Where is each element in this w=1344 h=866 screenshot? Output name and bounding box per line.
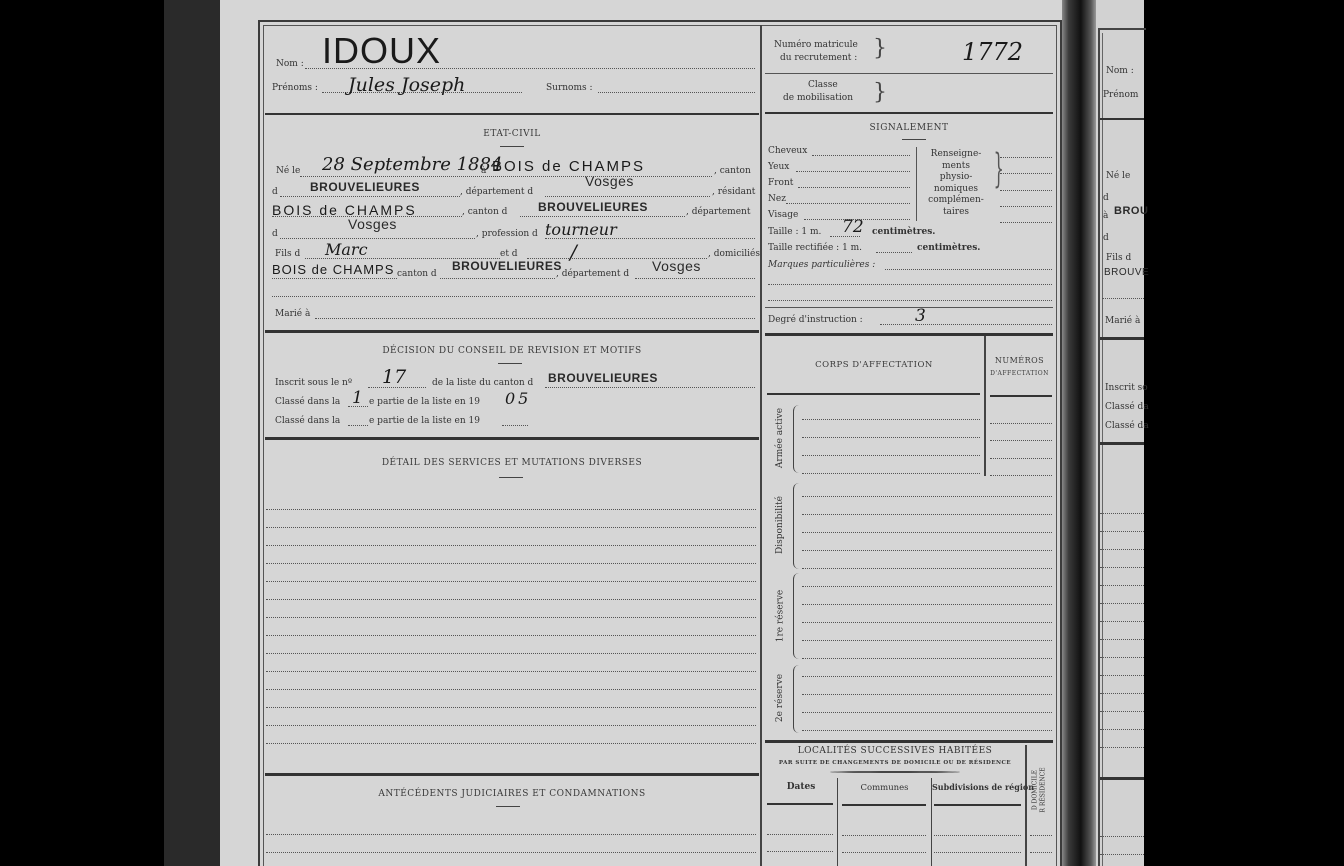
ruled-line: [266, 852, 756, 853]
localite-line: [1030, 852, 1052, 853]
ruled-line: [1100, 836, 1144, 837]
np-classe-label-2: Classé da: [1105, 421, 1149, 431]
prenoms-label: Prénoms :: [272, 83, 318, 93]
numero-line: [990, 423, 1052, 424]
divider: [1100, 442, 1144, 445]
ruled-line: [1100, 693, 1144, 694]
divider: [765, 740, 1053, 743]
departement-label: , département d: [460, 187, 533, 197]
departement-label-2: , département: [686, 207, 750, 217]
np-stamp-2: BROUVE: [1104, 267, 1149, 278]
title-underline: [498, 363, 522, 364]
services-lines: [266, 509, 756, 761]
localite-line: [767, 834, 833, 835]
ruled-line: [1100, 747, 1144, 748]
divider: [265, 113, 759, 115]
numero-line: [990, 458, 1052, 459]
marques-label: Marques particulières :: [768, 260, 875, 270]
ruled-line: [266, 527, 756, 528]
localite-line: [934, 835, 1021, 836]
affectation-line: [802, 437, 980, 438]
field-cheveux: Cheveux: [768, 146, 807, 156]
marques-line: [768, 284, 1052, 285]
numero-line: [990, 440, 1052, 441]
ruled-line: [266, 707, 756, 708]
np-d-label-2: d: [1103, 233, 1109, 243]
brace-icon: [793, 573, 800, 659]
matricule-label-2: du recrutement :: [780, 53, 857, 63]
affectation-line: [802, 622, 1052, 623]
birth-date: 28 Septembre 1884: [322, 154, 502, 175]
ruled-line: [1100, 854, 1144, 855]
ruled-line: [266, 834, 756, 835]
affectation-line: [802, 640, 1052, 641]
profession-label: , profession d: [476, 229, 538, 239]
inscrit-value: 17: [382, 366, 406, 388]
ruled-line: [266, 581, 756, 582]
surnoms-line: [598, 92, 755, 93]
affectation-line: [802, 473, 980, 474]
taille-label: Taille : 1 m.: [768, 227, 821, 237]
localite-line: [1030, 835, 1052, 836]
renseignements-line: [1000, 206, 1052, 207]
affectation-line: [802, 694, 1052, 695]
divider: [265, 330, 759, 333]
canton-d-label: , canton d: [462, 207, 507, 217]
np-ne-le-label: Né le: [1106, 171, 1130, 181]
affectation-line: [802, 712, 1052, 713]
profession-value: tourneur: [545, 220, 617, 239]
vertical-divider: [916, 147, 917, 221]
ruled-line: [266, 671, 756, 672]
brace-icon: }: [873, 80, 887, 105]
marie-label: Marié à: [275, 309, 310, 319]
matricule-label-1: Numéro matricule: [774, 40, 858, 50]
ruled-line: [1100, 675, 1144, 676]
fils-label: Fils d: [275, 249, 300, 259]
localite-line: [842, 835, 926, 836]
marques-line: [885, 269, 1052, 270]
ruled-line: [1100, 657, 1144, 658]
brace-icon: [793, 483, 800, 569]
divider: [1100, 777, 1144, 780]
affectation-line: [802, 514, 1052, 515]
title-underline: [496, 806, 520, 807]
classe1-suffix: e partie de la liste en 19: [369, 397, 480, 407]
localites-title: LOCALITÉS SUCCESSIVES HABITÉES: [765, 746, 1025, 756]
divider: [767, 803, 833, 805]
degre-line: [880, 324, 1052, 325]
group-label: Armée active: [775, 408, 785, 468]
matricule-value: 1772: [962, 38, 1023, 66]
departement-line: [545, 196, 710, 197]
et-label: et d: [500, 249, 518, 259]
parents-departement-line: [635, 278, 755, 279]
mother-name: /: [570, 240, 577, 264]
group-2e-reserve: 2e réserve: [750, 662, 810, 734]
ne-le-label: Né le: [276, 166, 300, 176]
nom-value: IDOUX: [322, 30, 441, 72]
liste-canton-line: [545, 387, 755, 388]
localite-line: [934, 852, 1021, 853]
affectation-line: [802, 604, 1052, 605]
ruled-line: [266, 599, 756, 600]
ruled-line: [1100, 513, 1144, 514]
divider: [765, 307, 1053, 308]
ornament: [830, 771, 960, 773]
np-a-label: à: [1103, 211, 1108, 221]
parents-residence: BOIS de CHAMPS: [272, 262, 394, 277]
ruled-line: [1102, 298, 1144, 299]
corps-header: CORPS D'AFFECTATION: [765, 360, 983, 370]
affectation-line: [802, 730, 1052, 731]
prenoms-value: Jules Joseph: [348, 74, 465, 96]
ruled-line: [1100, 729, 1144, 730]
classe2-suffix: e partie de la liste en 19: [369, 416, 480, 426]
classe2-partie-line: [348, 425, 368, 426]
classe2-label: Classé dans la: [275, 416, 340, 426]
affectation-line: [802, 568, 1052, 569]
numeros-header-2: D'AFFECTATION: [986, 370, 1053, 377]
field-front: Front: [768, 178, 793, 188]
birth-departement: Vosges: [585, 173, 634, 189]
liste-canton-label: de la liste du canton d: [432, 378, 533, 388]
services-title: DÉTAIL DES SERVICES ET MUTATIONS DIVERSE…: [265, 458, 759, 468]
col-communes: Communes: [838, 783, 931, 793]
nez-line: [786, 203, 910, 204]
ruled-line: [1100, 585, 1144, 586]
brace-icon: [793, 665, 800, 733]
field-visage: Visage: [768, 210, 798, 220]
divider: [265, 437, 759, 440]
book-cover-left: [164, 0, 220, 866]
canton-line: [280, 196, 460, 197]
classe2-year-line: [502, 425, 528, 426]
decision-title: DÉCISION DU CONSEIL DE REVISION ET MOTIF…: [265, 346, 759, 356]
divider: [1100, 118, 1144, 120]
cheveux-line: [812, 155, 910, 156]
father-name: Marc: [325, 240, 368, 259]
d-label: d: [272, 187, 278, 197]
divider: [1100, 337, 1144, 340]
nom-label: Nom :: [276, 59, 304, 69]
ruled-line: [1100, 549, 1144, 550]
ruled-line: [266, 653, 756, 654]
parents-departement: Vosges: [652, 258, 701, 274]
parents-residence-line: [272, 278, 397, 279]
np-ruled-lines: [1100, 513, 1144, 765]
field-yeux: Yeux: [768, 162, 789, 172]
affectation-line: [802, 550, 1052, 551]
renseignements-label: Renseigne- ments physio- nomiques complé…: [918, 149, 994, 218]
renseignements-line: [1000, 173, 1052, 174]
ruled-line: [266, 545, 756, 546]
ruled-line: [1100, 603, 1144, 604]
affectation-line: [802, 532, 1052, 533]
classe-label-1: Classe: [808, 80, 838, 90]
np-classe-label-1: Classé da: [1105, 402, 1149, 412]
signalement-title: SIGNALEMENT: [765, 123, 1053, 133]
classe1-partie: 1: [352, 388, 363, 408]
np-nom-label: Nom :: [1106, 66, 1134, 76]
ruled-line: [1100, 711, 1144, 712]
affectation-line: [802, 586, 1052, 587]
ruled-line: [266, 563, 756, 564]
np-stamp-1: BROU: [1114, 205, 1148, 217]
ruled-line: [266, 725, 756, 726]
taille-rectifiee-unit: centimètres.: [917, 243, 980, 253]
residence-canton-line: [520, 216, 685, 217]
domicilies-label: , domiciliés: [708, 249, 760, 259]
ruled-line: [1100, 621, 1144, 622]
title-underline: [499, 477, 523, 478]
taille-unit: centimètres.: [872, 227, 935, 237]
taille-rectifiee-line: [876, 252, 912, 253]
group-label: 2e réserve: [775, 674, 785, 722]
numeros-header-1: NUMÉROS: [986, 356, 1053, 365]
group-1re-reserve: 1re réserve: [750, 573, 810, 659]
localite-line: [842, 852, 926, 853]
liste-canton-value: BROUVELIEURES: [548, 371, 658, 385]
brace-icon: [793, 405, 800, 473]
field-nez: Nez: [768, 194, 786, 204]
residence-label: R RÉSIDENCE: [1040, 767, 1048, 812]
affectation-line: [802, 455, 980, 456]
affectation-line: [802, 658, 1052, 659]
divider: [842, 804, 926, 806]
divider: [767, 393, 980, 395]
surnoms-label: Surnoms :: [546, 83, 593, 93]
localite-line: [767, 851, 833, 852]
canton-label: , canton: [714, 166, 751, 176]
parents-canton-label: canton d: [397, 269, 437, 279]
divider: [765, 73, 1053, 74]
blank-line: [272, 296, 755, 297]
ruled-line: [266, 509, 756, 510]
ruled-line: [266, 617, 756, 618]
np-fils-label: Fils d: [1106, 253, 1131, 263]
title-underline: [902, 139, 926, 140]
ruled-line: [266, 689, 756, 690]
inscrit-label: Inscrit sous le nº: [275, 378, 352, 388]
reserve-lines: [802, 496, 1052, 748]
book-gutter: [1062, 0, 1096, 866]
renseignements-line: [1000, 222, 1052, 223]
ruled-line: [1100, 639, 1144, 640]
np-prenom-label: Prénom: [1103, 90, 1138, 100]
marques-line: [768, 300, 1052, 301]
birth-canton: BROUVELIEURES: [310, 180, 420, 194]
residence-departement: Vosges: [348, 216, 397, 232]
parents-departement-label: , département d: [556, 269, 629, 279]
parents-canton: BROUVELIEURES: [452, 259, 562, 273]
residant-label: , résidant: [712, 187, 755, 197]
residence-canton: BROUVELIEURES: [538, 200, 648, 214]
ruled-line: [1100, 567, 1144, 568]
ruled-line: [1100, 531, 1144, 532]
antecedents-title: ANTÉCÉDENTS JUDICIAIRES ET CONDAMNATIONS: [265, 789, 759, 799]
group-label: 1re réserve: [775, 590, 785, 643]
col-dates: Dates: [765, 782, 837, 792]
divider: [934, 804, 1021, 806]
title-underline: [500, 146, 524, 147]
affectation-line: [802, 496, 1052, 497]
taille-rectifiee-label: Taille rectifiée : 1 m.: [768, 243, 862, 253]
localites-subtitle: PAR SUITE DE CHANGEMENTS DE DOMICILE OU …: [762, 760, 1028, 766]
taille-value: 72: [842, 217, 864, 237]
divider: [265, 773, 759, 776]
group-armee-active: Armée active: [750, 400, 810, 476]
degre-value: 3: [915, 306, 926, 326]
brace-icon: }: [994, 146, 1004, 192]
group-disponibilite: Disponibilité: [750, 482, 810, 568]
parents-canton-line: [440, 278, 555, 279]
classe-label-2: de mobilisation: [783, 93, 853, 103]
ne-le-line: [300, 176, 712, 177]
ruled-line: [266, 635, 756, 636]
divider: [990, 395, 1052, 397]
degre-label: Degré d'instruction :: [768, 315, 863, 325]
group-label: Disponibilité: [775, 496, 785, 554]
np-inscrit-label: Inscrit so: [1105, 383, 1148, 393]
brace-icon: }: [873, 36, 887, 61]
np-marie-label: Marié à: [1105, 316, 1140, 326]
renseignements-line: [1000, 157, 1052, 158]
renseignements-line: [1000, 190, 1052, 191]
divider: [765, 333, 1053, 336]
marie-line: [315, 318, 755, 319]
etat-civil-title: ETAT-CIVIL: [265, 129, 759, 139]
a-label: à: [481, 166, 486, 176]
residence-departement-line: [280, 238, 475, 239]
numero-line: [990, 475, 1052, 476]
classe1-label: Classé dans la: [275, 397, 340, 407]
front-line: [798, 187, 910, 188]
np-d-label: d: [1103, 193, 1109, 203]
affectation-line: [802, 676, 1052, 677]
d-label-2: d: [272, 229, 278, 239]
ruled-line: [266, 743, 756, 744]
affectation-line: [802, 419, 980, 420]
col-subdivisions: Subdivisions de région: [932, 782, 1025, 792]
divider: [765, 112, 1053, 114]
yeux-line: [796, 171, 910, 172]
classe1-year: 05: [505, 389, 531, 408]
